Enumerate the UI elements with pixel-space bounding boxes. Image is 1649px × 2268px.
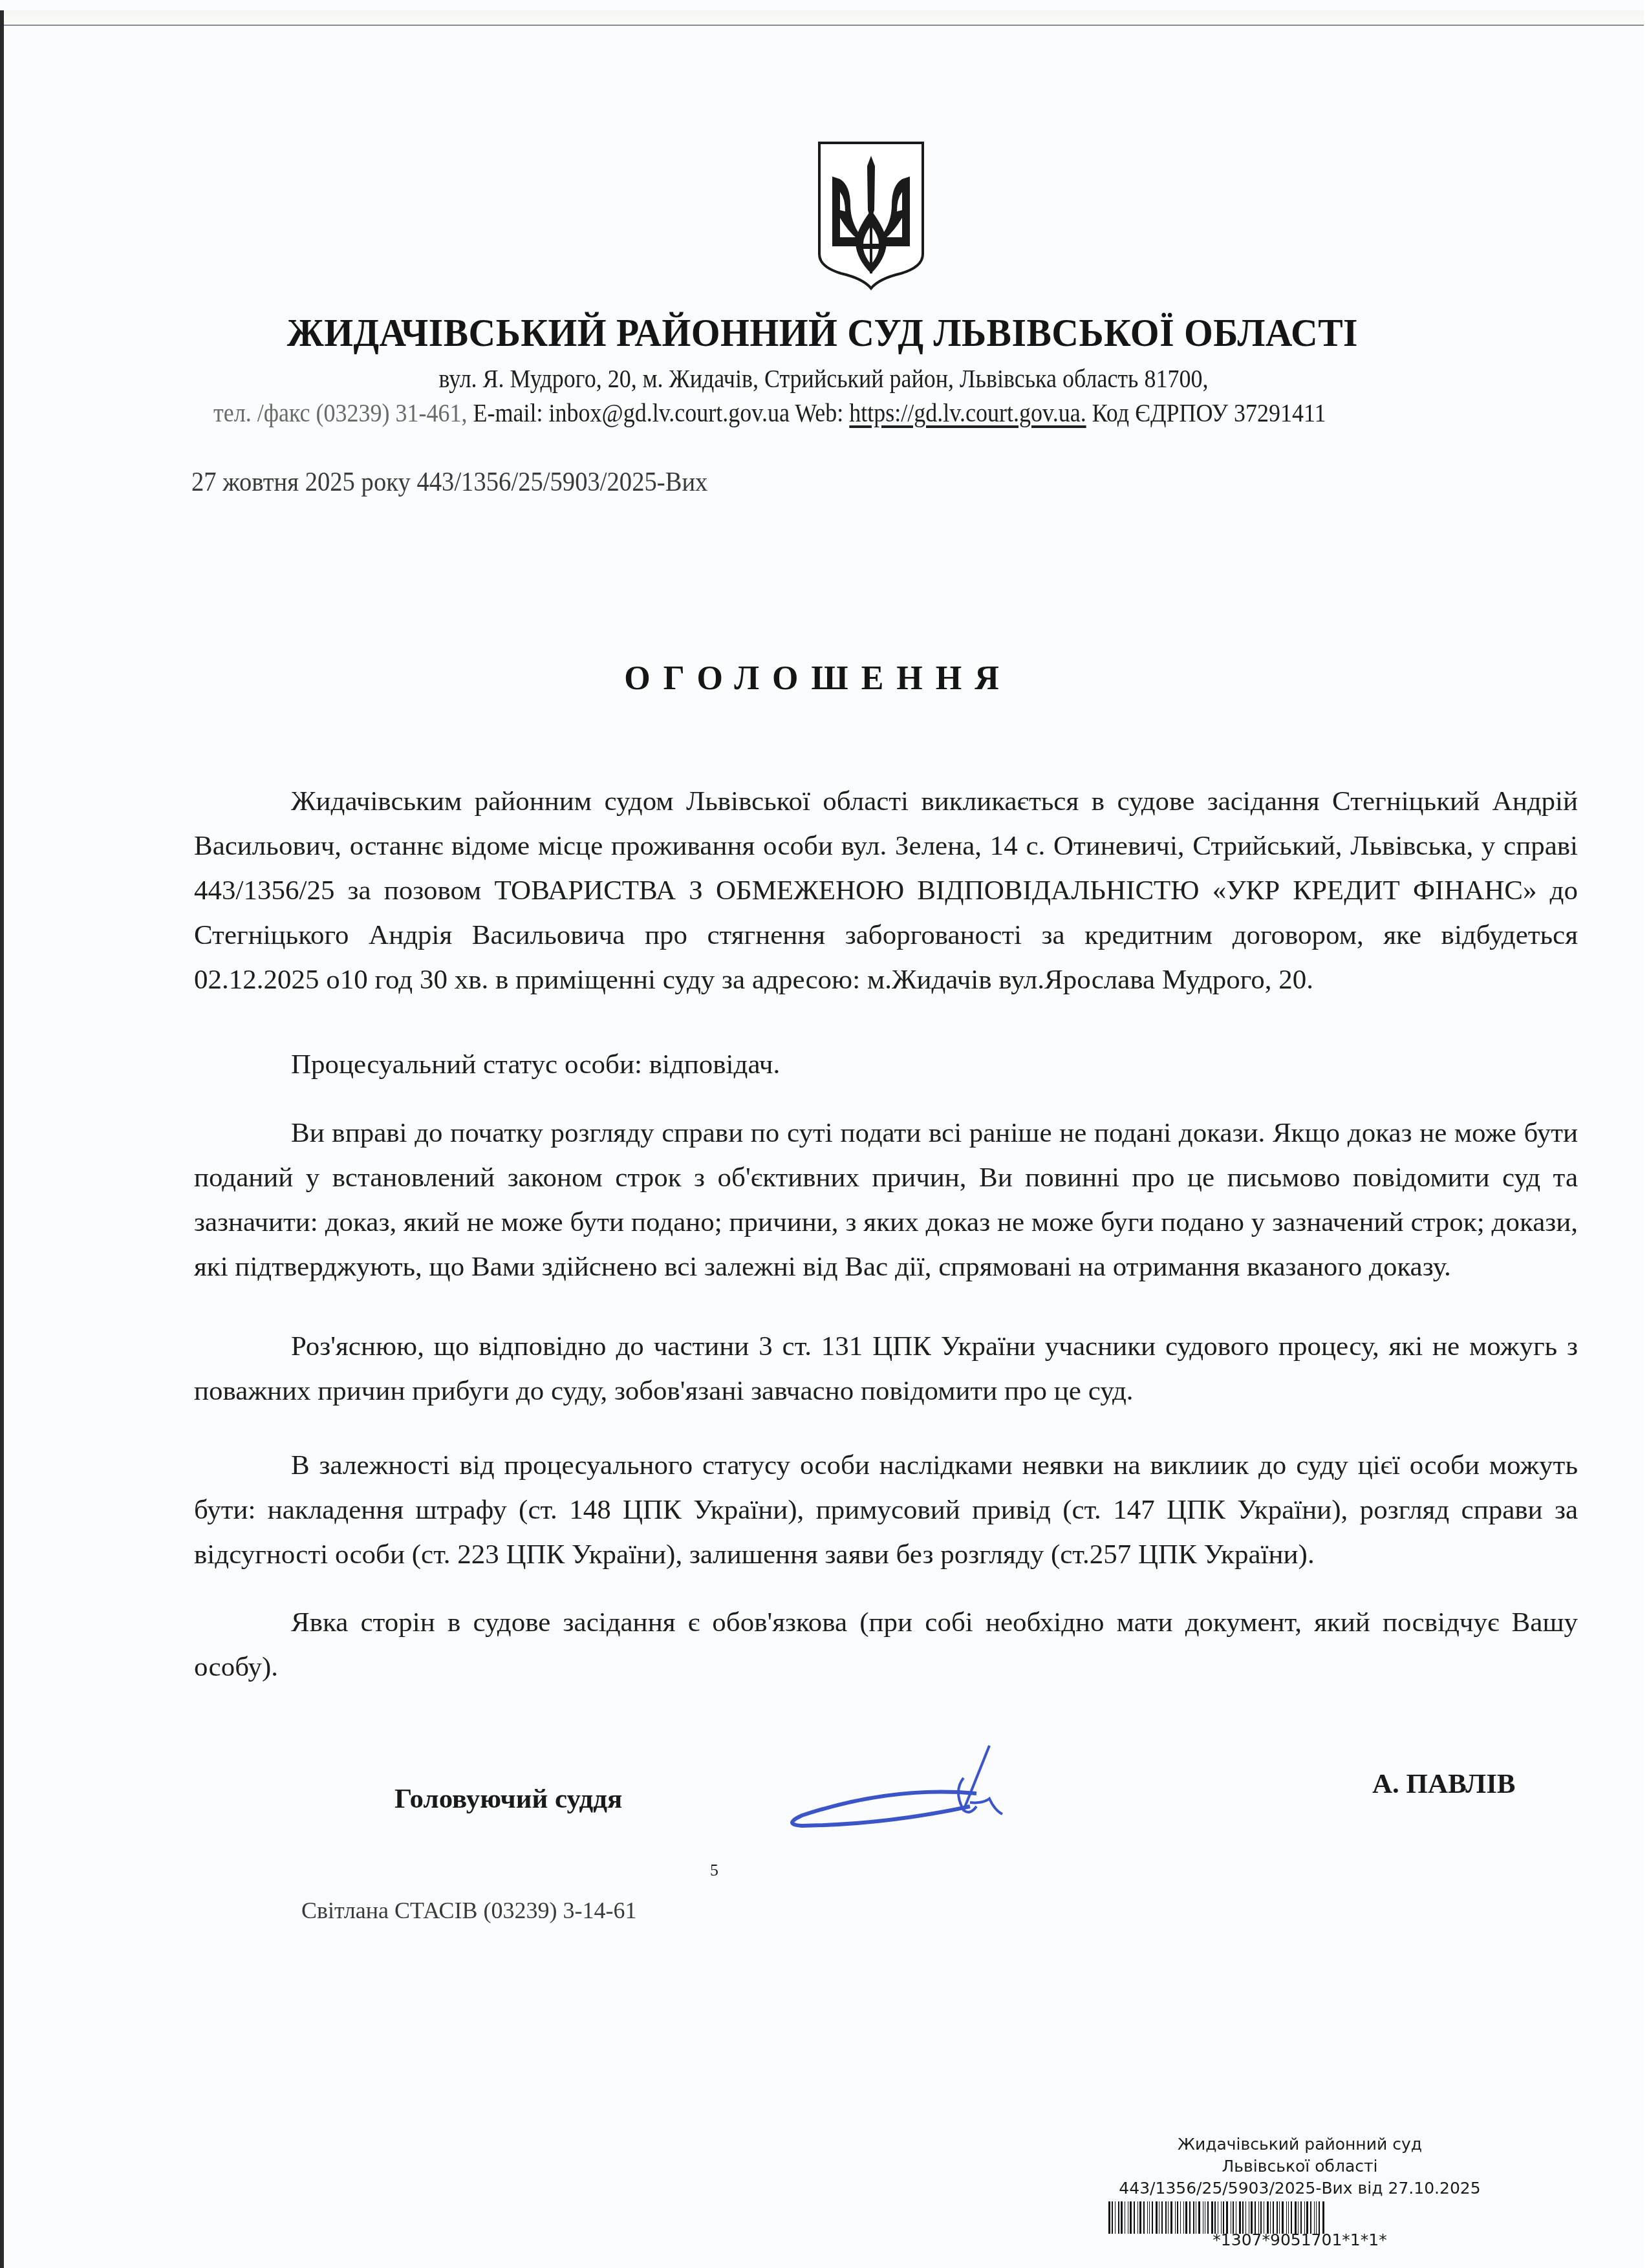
scan-edge-right <box>1644 0 1649 2268</box>
scan-edge-top <box>3 10 1645 26</box>
stamp-reg-number: 443/1356/25/5903/2025-Вих від 27.10.2025 <box>1099 2177 1500 2199</box>
paragraph-text: Процесуальний статус особи: відповідач. <box>194 1042 1578 1087</box>
court-phone: тел. /факс (03239) 31-461, <box>213 398 473 427</box>
court-email: E-mail: inbox@gd.lv.court.gov.ua <box>473 398 795 427</box>
stamp-court-line1: Жидачівський районний суд <box>1099 2134 1500 2156</box>
scan-edge-left <box>0 10 4 2268</box>
paragraph-text: Ви вправі до початку розгляду справи по … <box>194 1111 1578 1289</box>
handwritten-signature-icon <box>776 1739 1112 1836</box>
outgoing-date-number: 27 жовтня 2025 року 443/1356/25/5903/202… <box>191 467 707 498</box>
coat-of-arms-tryzub-icon <box>817 140 925 291</box>
court-name: ЖИДАЧІВСЬКИЙ РАЙОННИЙ СУД ЛЬВІВСЬКОЇ ОБЛ… <box>56 310 1590 356</box>
court-address: вул. Я. Мудрого, 20, м. Жидачів, Стрийсь… <box>81 363 1566 394</box>
notice-paragraph-evidence: Ви вправі до початку розгляду справи по … <box>194 1111 1578 1289</box>
notice-paragraph-attendance: Явка сторін в судове засідання є обов'яз… <box>194 1600 1578 1689</box>
court-edrpou: Код ЄДРПОУ 37291411 <box>1086 398 1326 427</box>
court-website-link[interactable]: https://gd.lv.court.gov.ua. <box>849 398 1086 427</box>
document-page: ЖИДАЧІВСЬКИЙ РАЙОННИЙ СУД ЛЬВІВСЬКОЇ ОБЛ… <box>0 0 1649 2268</box>
presiding-judge-label: Головуючий суддя <box>394 1783 622 1815</box>
barcode-number: *1307*9051701*1*1* <box>1099 2231 1500 2249</box>
stamp-court-line2: Львівської області <box>1099 2156 1500 2177</box>
notice-paragraph-status: Процесуальний статус особи: відповідач. <box>194 1042 1578 1087</box>
notice-heading: ОГОЛОШЕННЯ <box>0 659 1643 698</box>
court-contacts: тел. /факс (03239) 31-461, E-mail: inbox… <box>213 398 1436 428</box>
barcode-icon <box>1108 2201 1396 2234</box>
ink-mark: 5 <box>710 1861 718 1880</box>
notice-paragraph-explanation: Роз'яснюю, що відповідно до частини 3 ст… <box>194 1324 1578 1413</box>
paragraph-text: Явка сторін в судове засідання є обов'яз… <box>194 1600 1578 1689</box>
registration-stamp: Жидачівський районний суд Львівської обл… <box>1099 2134 1500 2199</box>
paragraph-text: Жидачівським районним судом Львівської о… <box>194 779 1578 1002</box>
notice-paragraph-summons: Жидачівським районним судом Львівської о… <box>194 779 1578 1002</box>
paragraph-text: Роз'яснюю, що відповідно до частини 3 ст… <box>194 1324 1578 1413</box>
paragraph-text: В залежності від процесуального статусу … <box>194 1443 1578 1577</box>
web-label: Web: <box>795 398 849 427</box>
notice-paragraph-consequences: В залежності від процесуального статусу … <box>194 1443 1578 1577</box>
executor-contact: Світлана СТАСІВ (03239) 3-14-61 <box>301 1897 636 1924</box>
judge-name: А. ПАВЛІВ <box>1372 1768 1516 1800</box>
